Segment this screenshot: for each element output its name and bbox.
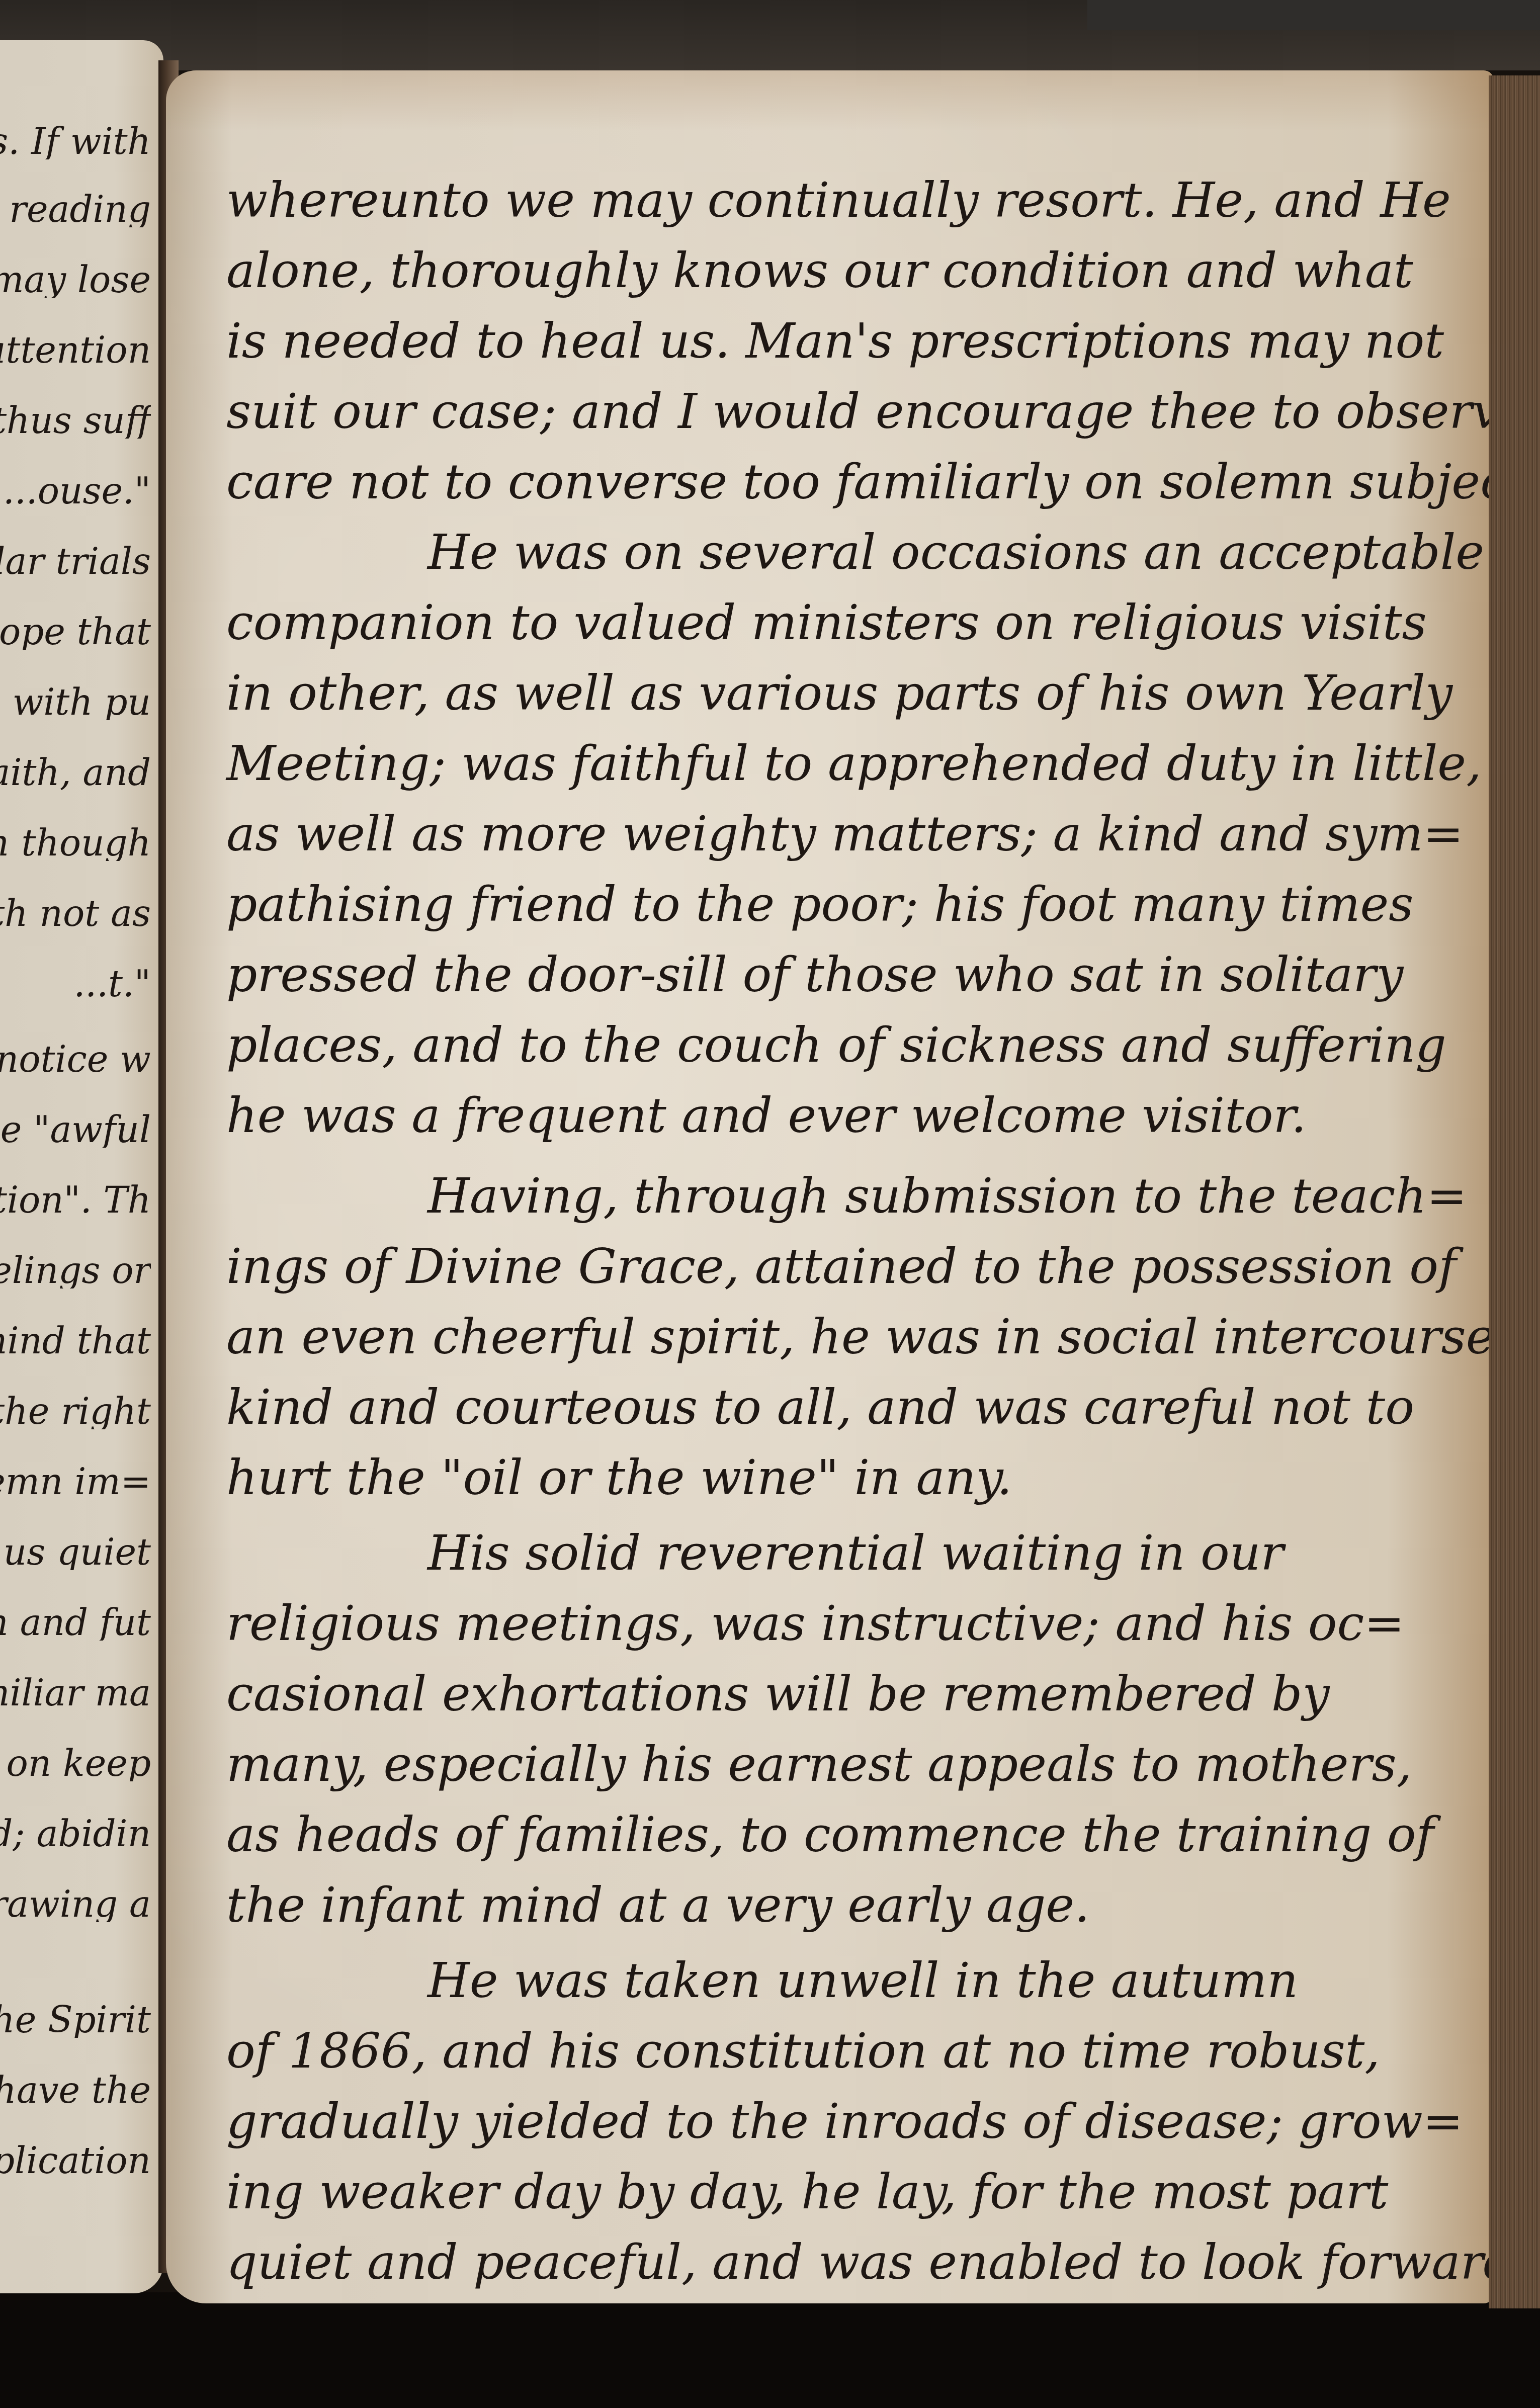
- left-page-line: ...nds on keep: [0, 1745, 151, 1781]
- left-page-line: ...supplication: [0, 2142, 151, 2179]
- left-page-line: ...and thus suff: [0, 402, 151, 439]
- manuscript-line: the infant mind at a very early age.: [226, 1881, 1090, 1929]
- left-page-line: ...ration". Th: [0, 1182, 151, 1218]
- manuscript-line: companion to valued ministers on religio…: [226, 598, 1427, 647]
- manuscript-line: he was a frequent and ever welcome visit…: [226, 1091, 1306, 1140]
- left-page-line: ...mind that: [0, 1323, 151, 1359]
- left-page-line: ...cular trials: [0, 543, 151, 579]
- left-page-line: ...ing faith, and: [0, 754, 151, 791]
- background-bottom: [0, 2292, 1540, 2408]
- left-page-line: ...ains. If with: [0, 123, 151, 159]
- manuscript-line: pathising friend to the poor; his foot m…: [226, 880, 1413, 928]
- manuscript-line: pressed the door-sill of those who sat i…: [226, 951, 1403, 999]
- manuscript-line: an even cheerful spirit, he was in socia…: [226, 1313, 1495, 1361]
- left-page-line: "I notice w: [0, 1041, 151, 1077]
- manuscript-line: many, especially his earnest appeals to …: [226, 1740, 1412, 1788]
- left-page-line: ...ty feelings or: [0, 1252, 151, 1288]
- left-page-line: ...the Spirit: [0, 2002, 151, 2038]
- manuscript-line: kind and courteous to all, and was caref…: [226, 1383, 1414, 1431]
- manuscript-line: as heads of families, to commence the tr…: [226, 1811, 1434, 1859]
- manuscript-line: ing weaker day by day, he lay, for the m…: [226, 2168, 1388, 2216]
- left-page-line: ...t.": [0, 966, 151, 1002]
- left-page-line: ...seeth not as: [0, 895, 151, 931]
- manuscript-line: gradually yielded to the inroads of dise…: [226, 2097, 1463, 2145]
- left-page-line: ...them and fut: [0, 1604, 151, 1641]
- manuscript-line: care not to converse too familiarly on s…: [226, 458, 1540, 506]
- manuscript-line: of 1866, and his constitution at no time…: [226, 2027, 1380, 2075]
- left-page-line: ...laid with pu: [0, 684, 151, 720]
- manuscript-line: casional exhortations will be remembered…: [226, 1670, 1330, 1718]
- left-page-line: ...we have the: [0, 2072, 151, 2108]
- manuscript-line: whereunto we may continually resort. He,…: [226, 176, 1451, 224]
- background-top-right: [1087, 0, 1540, 30]
- left-page-line: ...the "awful: [0, 1111, 151, 1148]
- manuscript-line: suit our case; and I would encourage the…: [226, 387, 1528, 436]
- manuscript-line: He was on several occasions an acceptabl…: [427, 528, 1484, 576]
- manuscript-line: He was taken unwell in the autumn: [427, 1956, 1298, 2005]
- left-page: ...ains. If with ...time reading ..., we…: [0, 40, 163, 2293]
- page-edges: [1489, 75, 1540, 2308]
- left-page-line: ...hich though: [0, 825, 151, 861]
- manuscript-line: Meeting; was faithful to apprehended dut…: [226, 739, 1482, 788]
- left-page-line: ...solemn im=: [0, 1464, 151, 1500]
- manuscript-line: religious meetings, was instructive; and…: [226, 1599, 1405, 1648]
- manuscript-line: hurt the "oil or the wine" in any.: [226, 1453, 1012, 1502]
- left-page-line: ...drawing a: [0, 1886, 151, 1922]
- left-page-line: ...our attention: [0, 332, 151, 368]
- manuscript-line: Having, through submission to the teach=: [427, 1172, 1467, 1220]
- manuscript-line: ings of Divine Grace, attained to the po…: [226, 1242, 1457, 1291]
- left-page-line: ...on the right: [0, 1393, 151, 1429]
- manuscript-line: in other, as well as various parts of hi…: [226, 669, 1452, 717]
- manuscript-line: is needed to heal us. Man's prescription…: [226, 317, 1444, 365]
- manuscript-line: places, and to the couch of sickness and…: [226, 1021, 1446, 1069]
- manuscript-line: alone, thoroughly knows our condition an…: [226, 246, 1413, 295]
- left-page-line: ...time reading: [0, 191, 151, 227]
- manuscript-line: His solid reverential waiting in our: [427, 1529, 1284, 1577]
- left-page-line: ...amiliar ma: [0, 1675, 151, 1711]
- left-page-line: ...ind; abidin: [0, 1816, 151, 1852]
- manuscript-line: as well as more weighty matters; a kind …: [226, 810, 1464, 858]
- left-page-line: ..., we may lose: [0, 262, 151, 298]
- manuscript-line: quiet and peaceful, and was enabled to l…: [226, 2238, 1514, 2286]
- right-page: 771 whereunto we may continually resort.…: [166, 70, 1494, 2303]
- left-page-line: ...ave us quiet: [0, 1534, 151, 1570]
- left-page-line: ...ouse.": [0, 473, 151, 509]
- left-page-line: ...e hope that: [0, 614, 151, 650]
